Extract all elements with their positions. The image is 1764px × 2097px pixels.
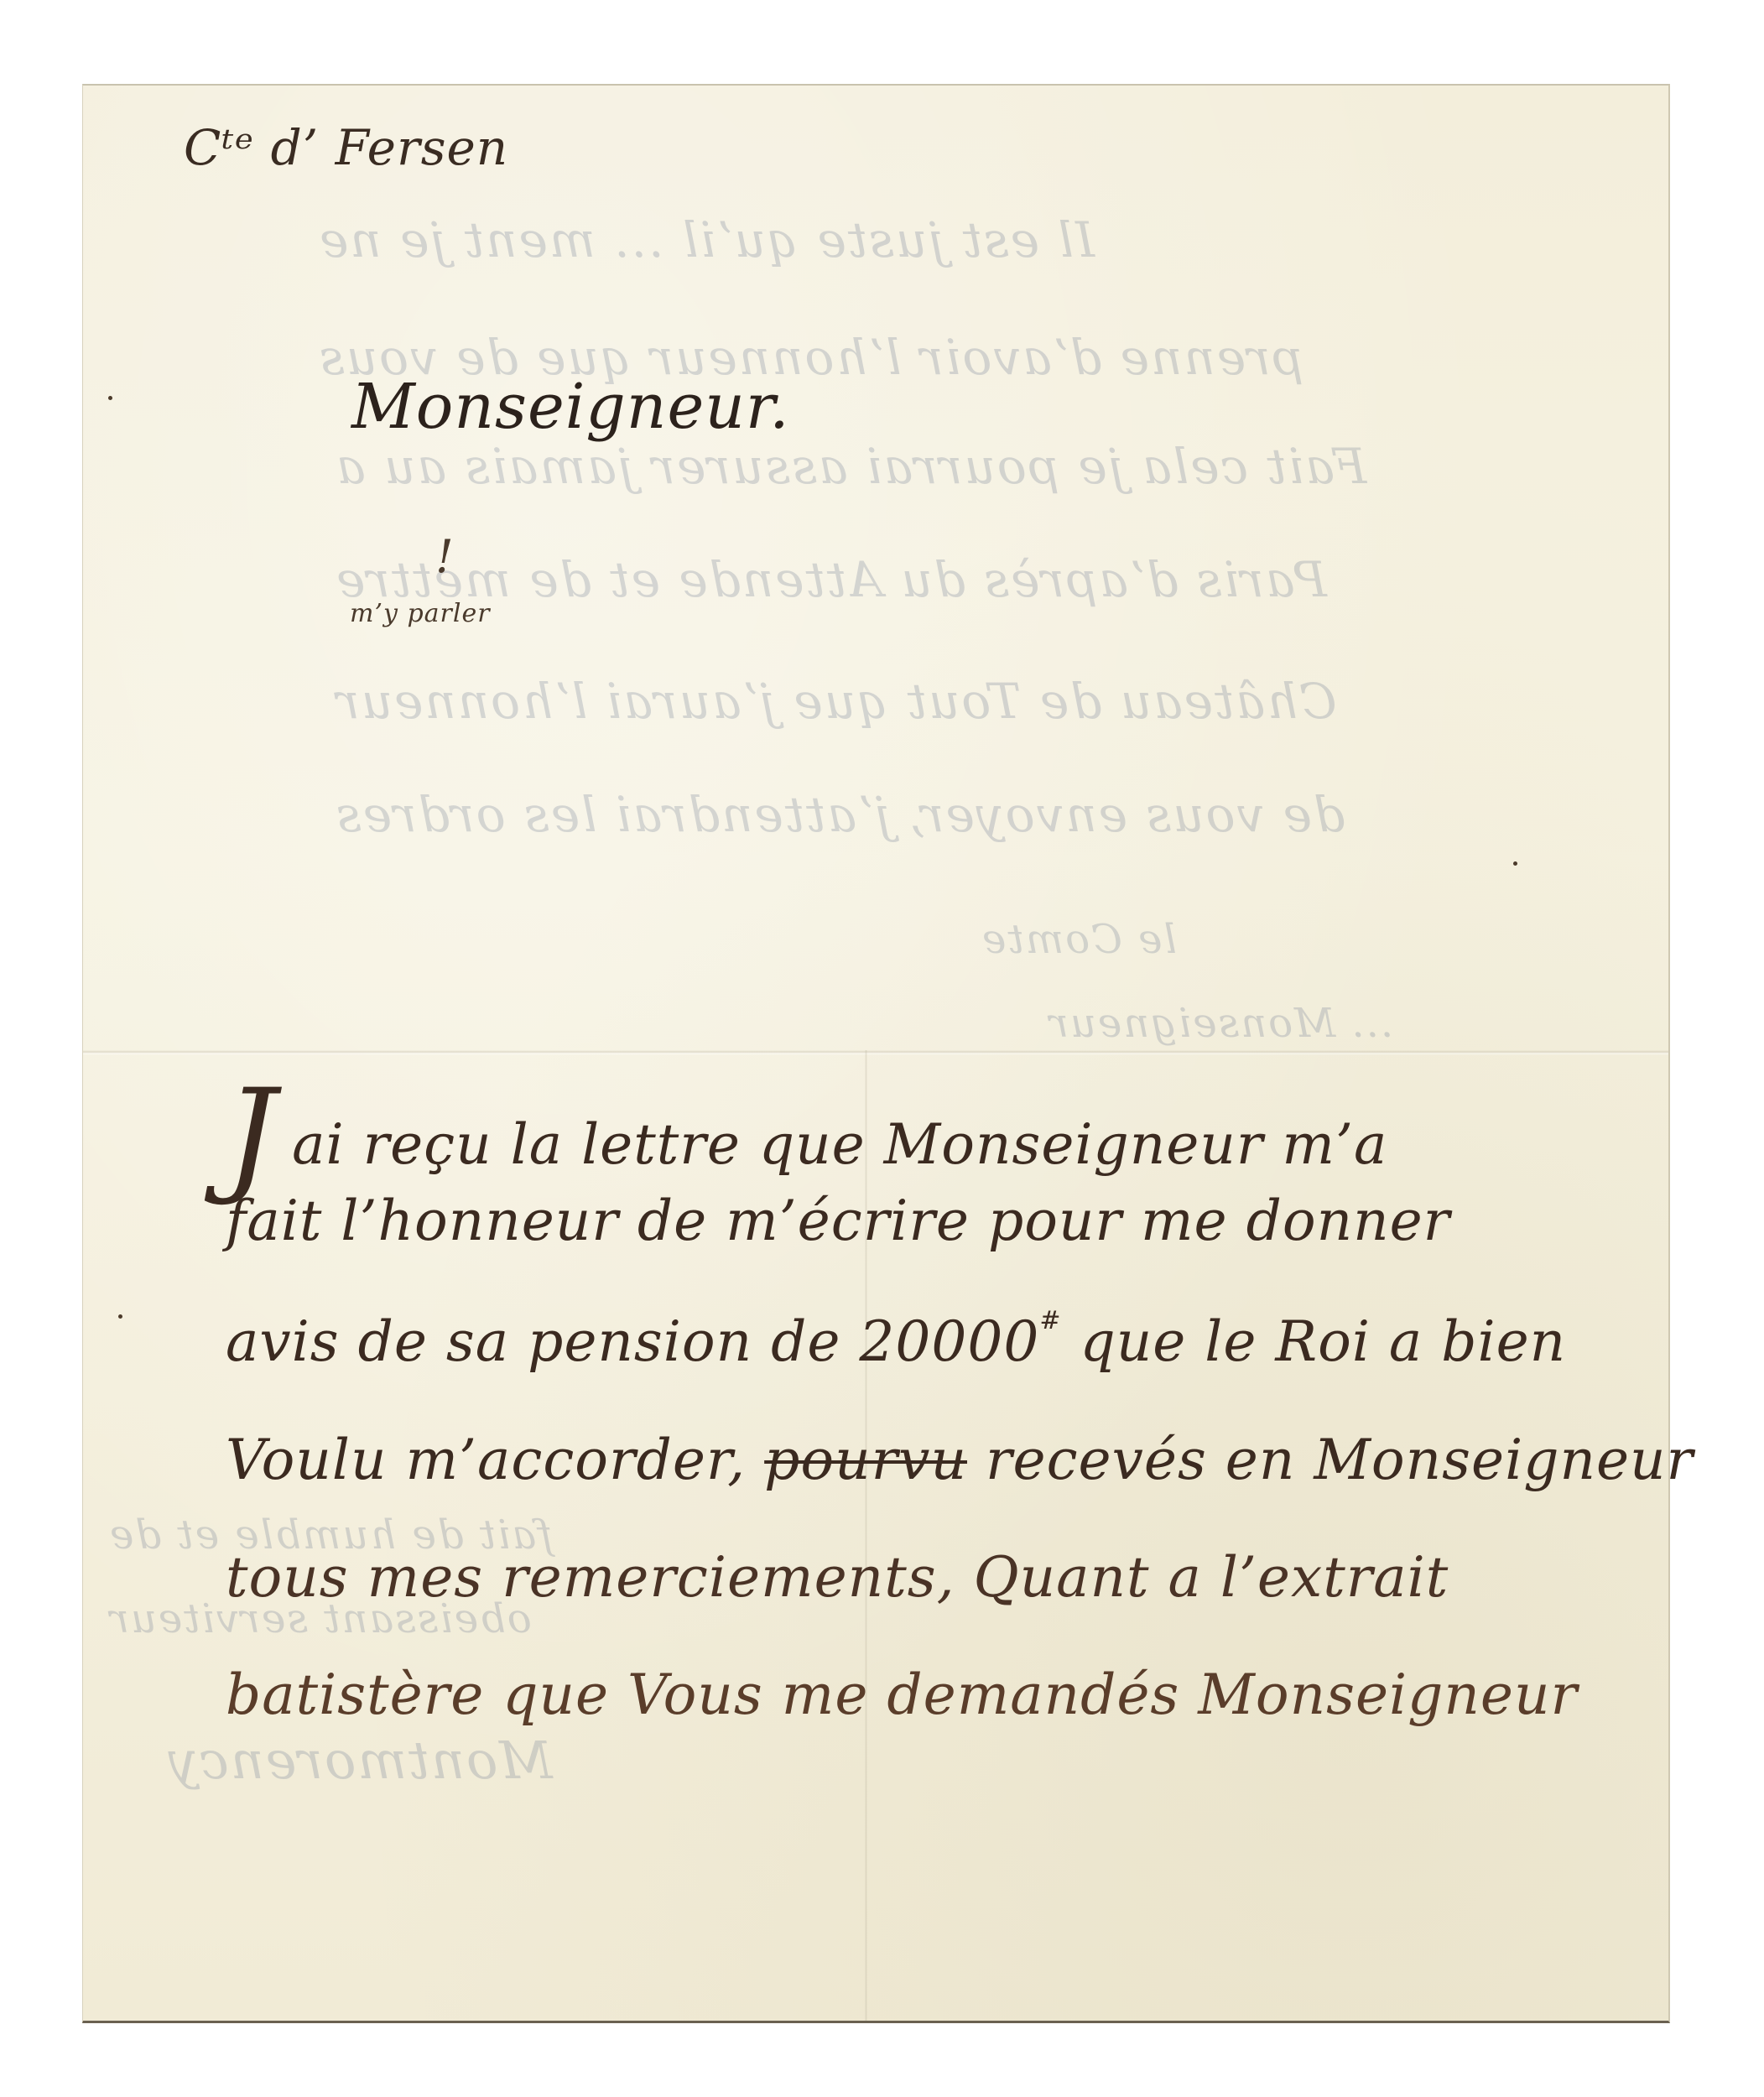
line-text: que le Roi a bien xyxy=(1061,1309,1566,1374)
header-note: Cᵗᵉ d’ Fersen xyxy=(184,119,508,176)
letter-paper: Il est juste qu’il ... ment je ne prenne… xyxy=(82,84,1670,2023)
line-text: fait l’honneur de m’écrire pour me donne… xyxy=(226,1189,1450,1253)
initial-letter: J xyxy=(226,1063,277,1209)
margin-mark: ! xyxy=(435,530,455,583)
bleed-through-line: le Comte xyxy=(981,916,1177,963)
livres-mark: # xyxy=(1039,1306,1061,1335)
bleed-through-line: Il est juste qu’il ... ment je ne xyxy=(318,211,1095,268)
letter-line-4: Voulu m’accorder, pourvu recevés en Mons… xyxy=(226,1428,1694,1492)
bleed-through-signature: Montmorency xyxy=(167,1730,553,1791)
bleed-through-line: Fait cela je pourrai assurer jamais au a xyxy=(335,438,1366,495)
letter-line-6: batistère que Vous me demandés Monseigne… xyxy=(226,1663,1578,1727)
letter-line-3: avis de sa pension de 20000# que le Roi … xyxy=(226,1306,1566,1374)
salutation: Monseigneur. xyxy=(351,371,790,443)
ink-speck xyxy=(1513,861,1517,866)
line-text: Voulu m’accorder, xyxy=(226,1428,764,1492)
bleed-through-line: Château de Tout que j’aurai l’honneur xyxy=(335,673,1337,730)
struck-word: pourvu xyxy=(764,1428,967,1492)
letter-line-1: Jai reçu la lettre que Monseigneur m’a xyxy=(226,1063,1387,1209)
bleed-through-line: ... Monseigneur xyxy=(1048,1000,1393,1047)
bleed-through-line: de vous envoyer, j’attendrai les ordres xyxy=(335,786,1345,843)
ink-speck xyxy=(118,1314,122,1319)
line-text: recevés en Monseigneur xyxy=(967,1428,1694,1492)
margin-note: m’y parler xyxy=(350,599,491,628)
letter-line-5: tous mes remerciements, Quant a l’extrai… xyxy=(226,1545,1449,1610)
line-text: tous mes remerciements, Quant a l’extrai… xyxy=(226,1545,1449,1610)
line-text: batistère que Vous me demandés Monseigne… xyxy=(226,1663,1578,1727)
line-text: avis de sa pension de 20000 xyxy=(226,1309,1039,1374)
horizontal-fold-line xyxy=(83,1050,1668,1055)
line-text: ai reçu la lettre que Monseigneur m’a xyxy=(292,1112,1387,1177)
letter-line-2: fait l’honneur de m’écrire pour me donne… xyxy=(226,1189,1450,1253)
ink-speck xyxy=(108,396,112,400)
